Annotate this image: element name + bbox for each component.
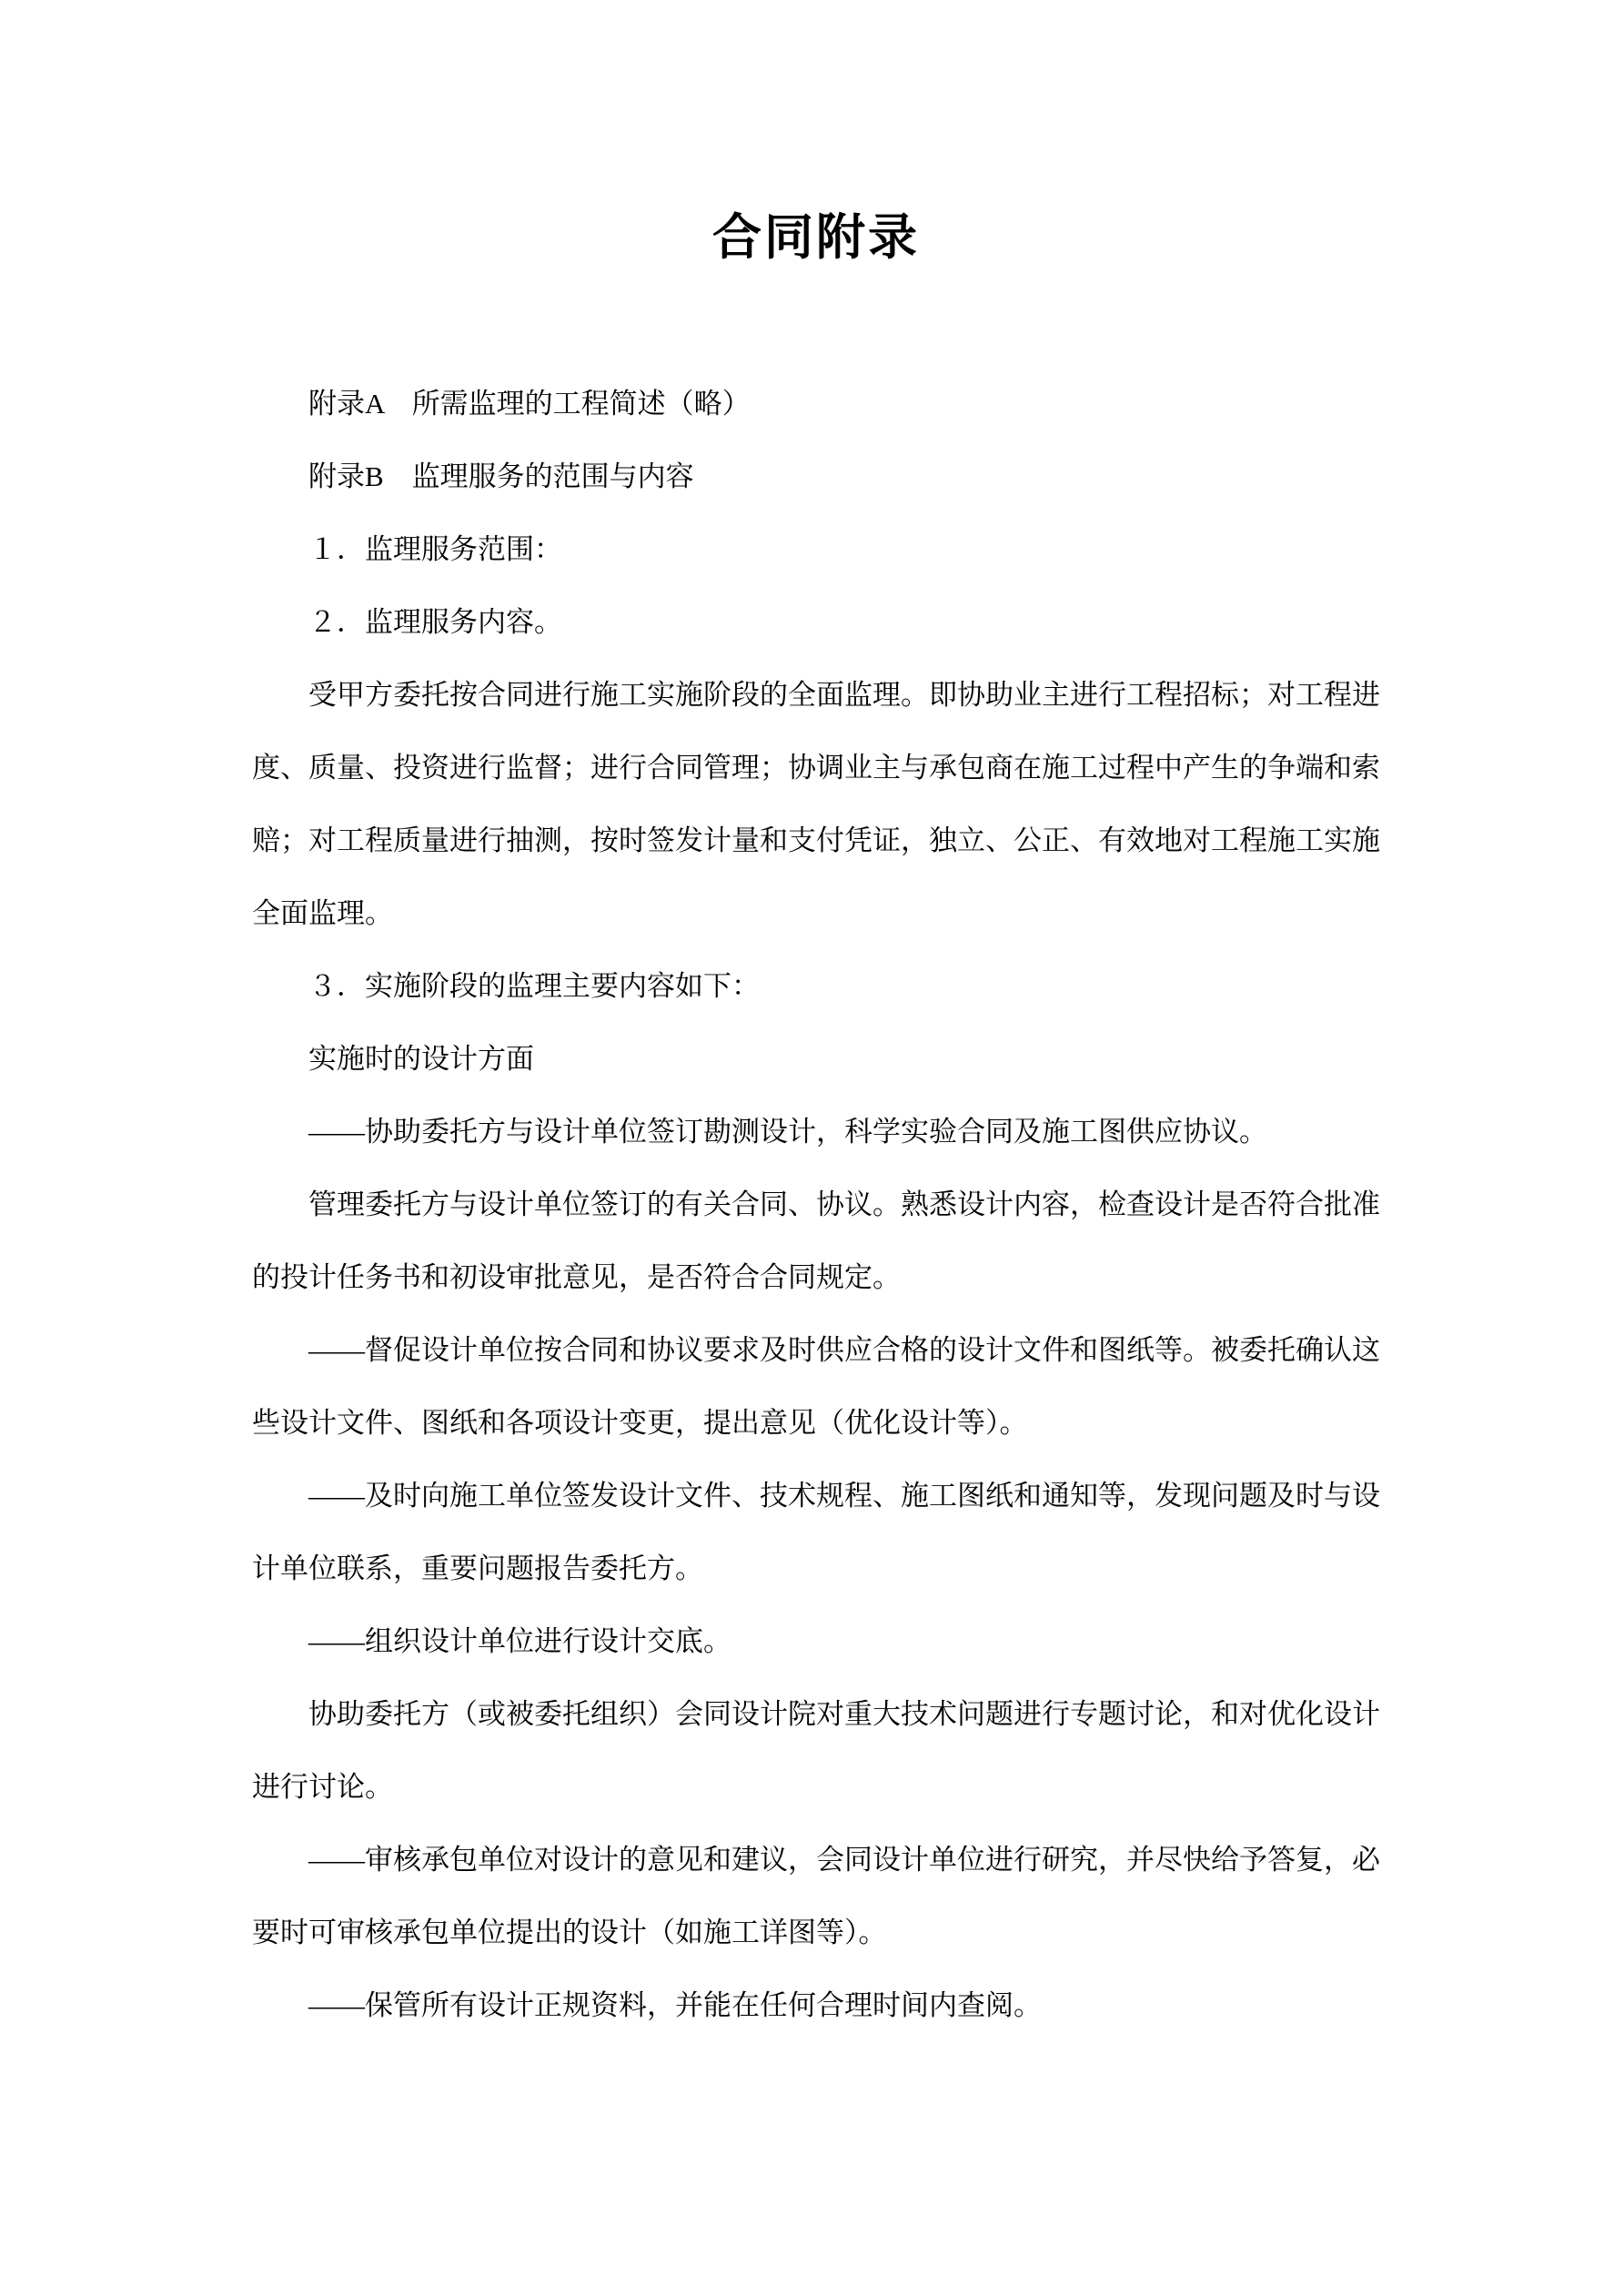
paragraph-keep-design-records: ——保管所有设计正规资料，并能在任何合理时间内查阅。 <box>252 1969 1380 2042</box>
paragraph-manage-contracts: 管理委托方与设计单位签订的有关合同、协议。熟悉设计内容，检查设计是否符合批准的投… <box>252 1168 1380 1314</box>
paragraph-appendix-b: 附录B 监理服务的范围与内容 <box>252 440 1380 513</box>
paragraph-organize-design-disclosure: ——组织设计单位进行设计交底。 <box>252 1605 1380 1678</box>
paragraph-item-1-scope: １．监理服务范围： <box>252 513 1380 586</box>
paragraph-assist-sign-contracts: ——协助委托方与设计单位签订勘测设计，科学实验合同及施工图供应协议。 <box>252 1096 1380 1168</box>
paragraph-item-3-main-content: ３．实施阶段的监理主要内容如下： <box>252 950 1380 1023</box>
document-body: 附录A 所需监理的工程简述（略） 附录B 监理服务的范围与内容 １．监理服务范围… <box>252 368 1380 2042</box>
document-page: 合同附录 附录A 所需监理的工程简述（略） 附录B 监理服务的范围与内容 １．监… <box>0 0 1624 2296</box>
document-title: 合同附录 <box>252 209 1380 266</box>
paragraph-assist-technical-discussion: 协助委托方（或被委托组织）会同设计院对重大技术问题进行专题讨论，和对优化设计进行… <box>252 1678 1380 1824</box>
paragraph-design-aspect-heading: 实施时的设计方面 <box>252 1023 1380 1096</box>
paragraph-appendix-a: 附录A 所需监理的工程简述（略） <box>252 368 1380 440</box>
paragraph-issue-design-documents: ——及时向施工单位签发设计文件、技术规程、施工图纸和通知等，发现问题及时与设计单… <box>252 1460 1380 1605</box>
paragraph-item-2-content: ２．监理服务内容。 <box>252 586 1380 659</box>
paragraph-urge-design-unit: ——督促设计单位按合同和协议要求及时供应合格的设计文件和图纸等。被委托确认这些设… <box>252 1314 1380 1460</box>
paragraph-review-contractor-opinions: ——审核承包单位对设计的意见和建议，会同设计单位进行研究，并尽快给予答复，必要时… <box>252 1824 1380 1969</box>
paragraph-supervision-overview: 受甲方委托按合同进行施工实施阶段的全面监理。即协助业主进行工程招标；对工程进度、… <box>252 659 1380 950</box>
